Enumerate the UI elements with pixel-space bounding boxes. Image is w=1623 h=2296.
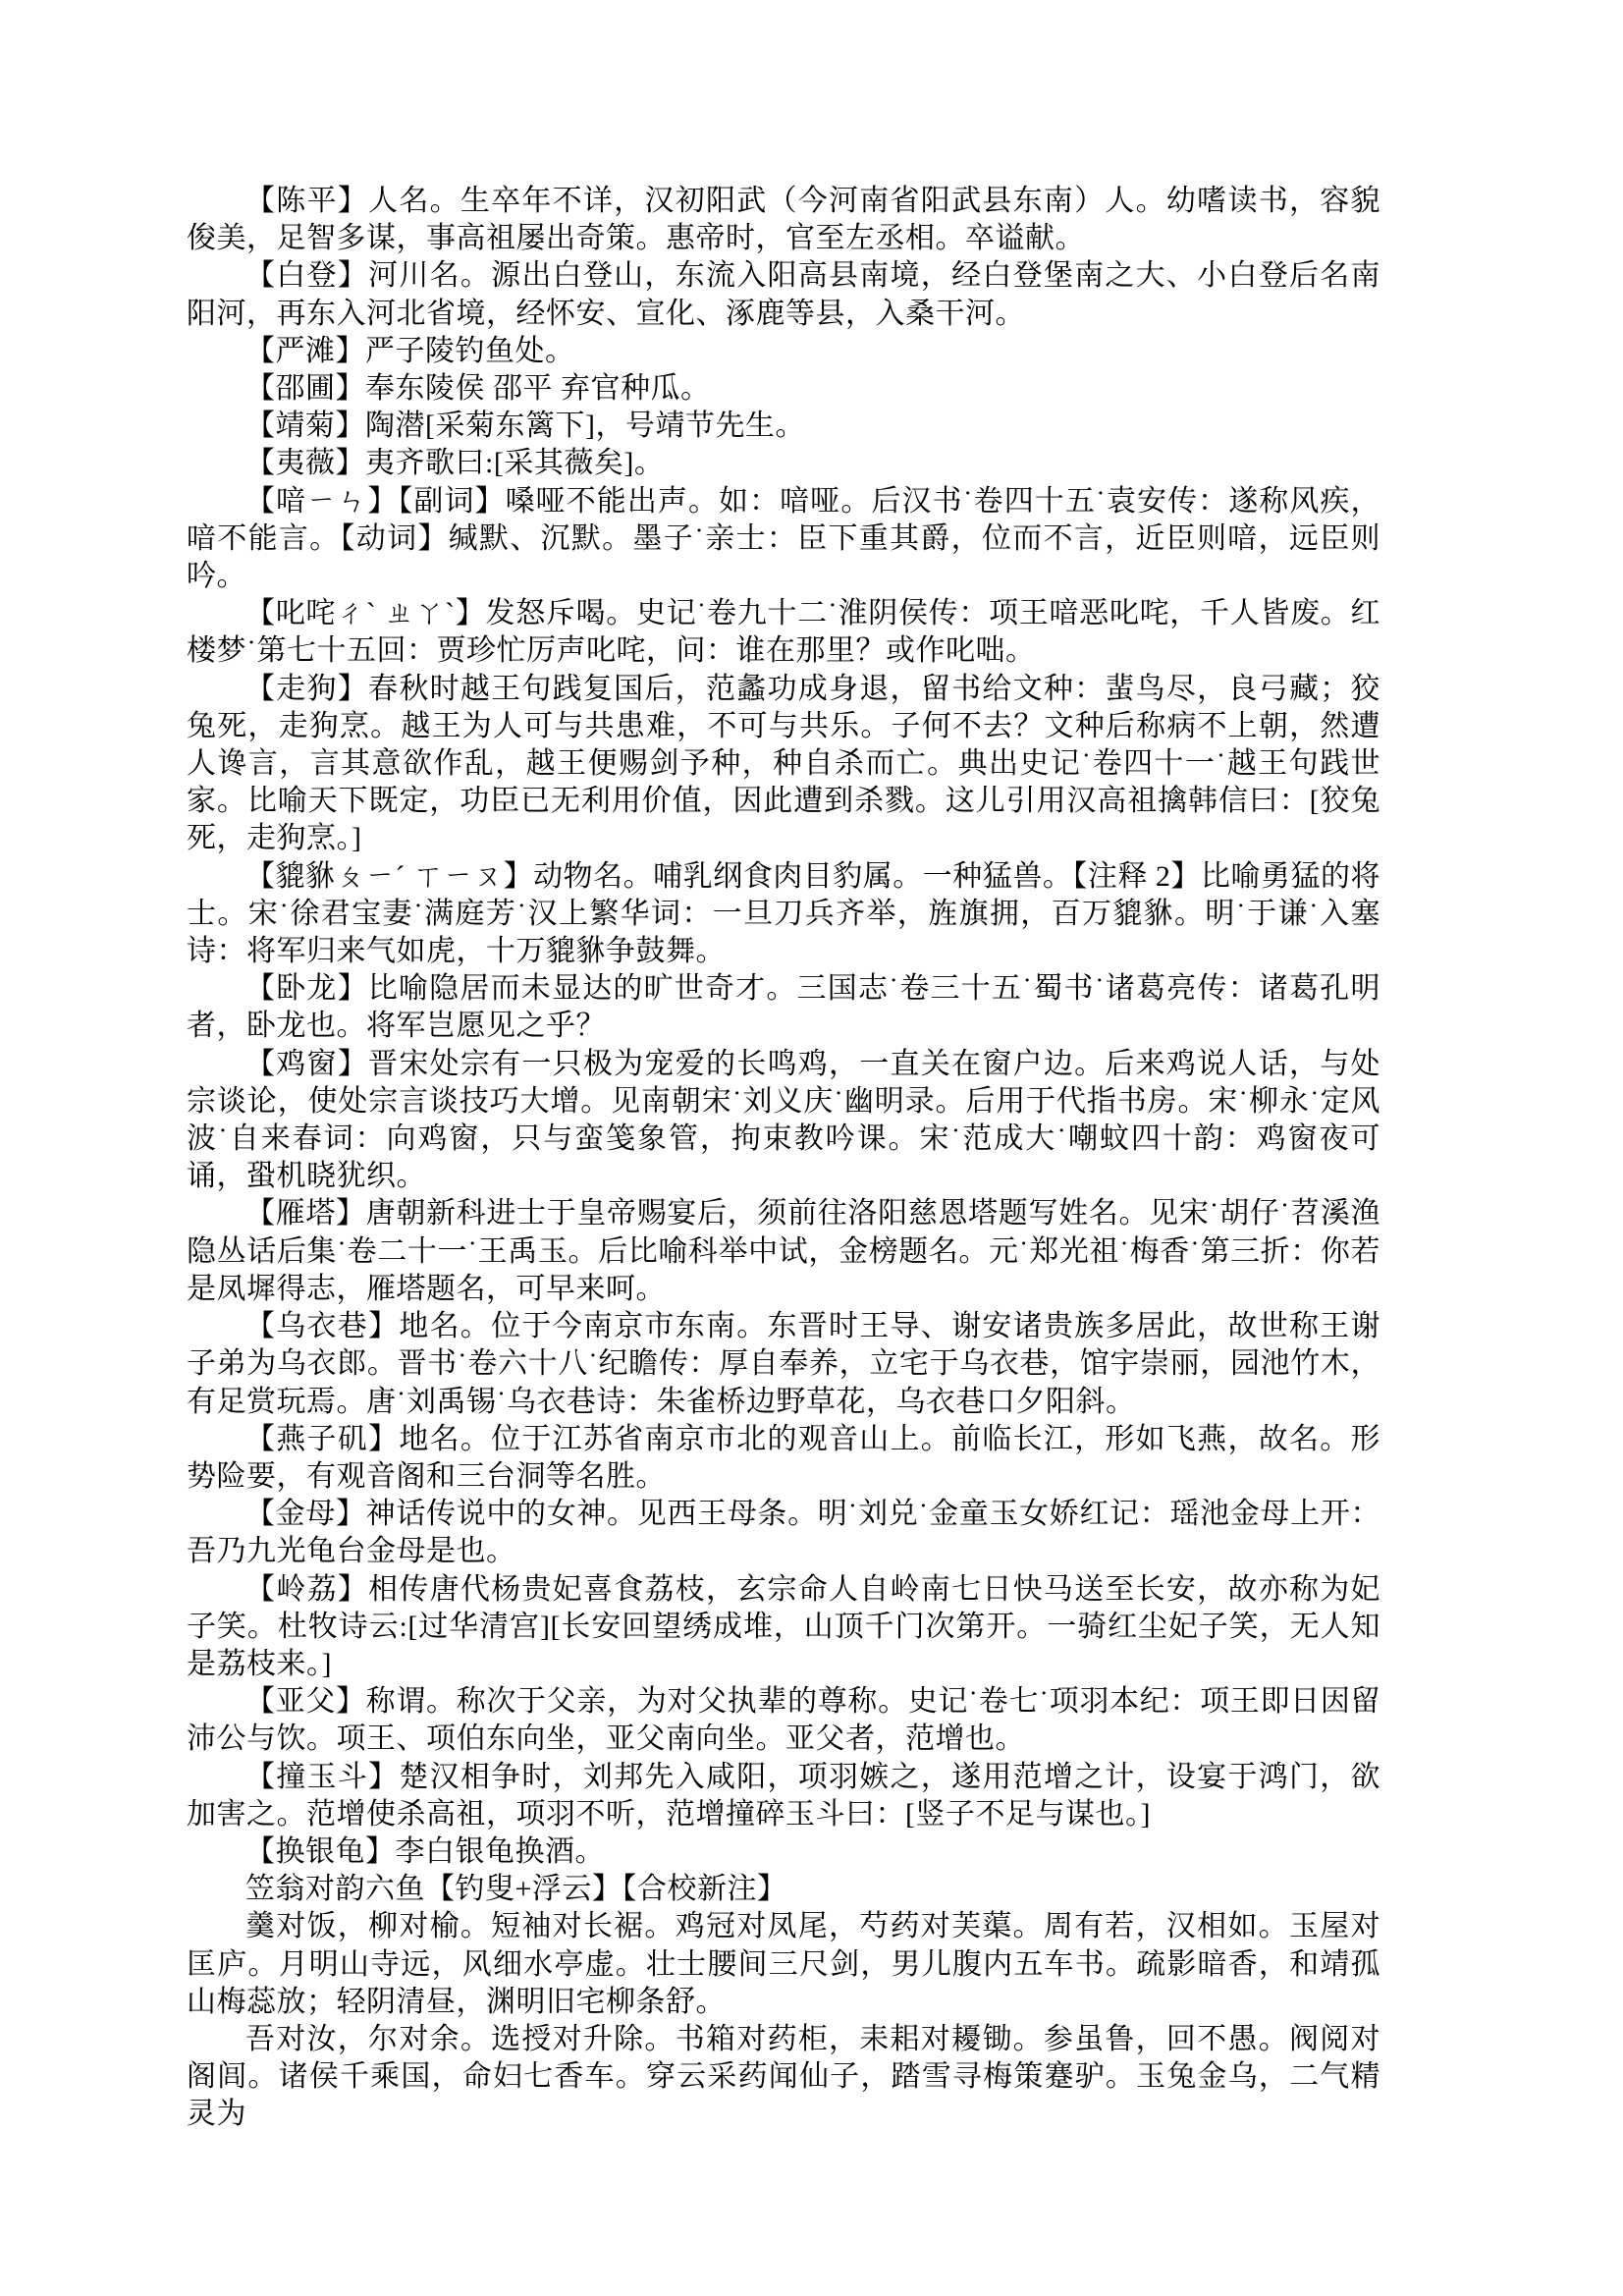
entry-zou-gou: 【走狗】春秋时越王句践复国后，范蠡功成身退，留书给文种：蜚鸟尽，良弓藏；狡兔死，…: [187, 671, 1380, 858]
verse-wu-dui-ru: 吾对汝，尔对余。选授对升除。书箱对药柜，耒耜对耰锄。参虽鲁，回不愚。阀阅对阁闾。…: [187, 2021, 1380, 2134]
entry-pi-xiu: 【貔貅ㄆㄧˊ ㄒㄧㄡ】动物名。哺乳纲食肉目豹属。一种猛兽。【注释 2】比喻勇猛的…: [187, 858, 1380, 971]
entry-ya-fu: 【亚父】称谓。称次于父亲，为对父执辈的尊称。史记˙卷七˙项羽本纪：项王即日因留沛…: [187, 1683, 1380, 1758]
document-page: 【陈平】人名。生卒年不详，汉初阳武（今河南省阳武县东南）人。幼嗜读书，容貌俊美，…: [0, 0, 1623, 2296]
entry-jin-mu: 【金母】神话传说中的女神。见西王母条。明˙刘兑˙金童玉女娇红记：瑶池金母上开：吾…: [187, 1496, 1380, 1570]
entry-bai-deng: 【白登】河川名。源出白登山，东流入阳高县南境，经白登堡南之大、小白登后名南阳河，…: [187, 257, 1380, 332]
entry-yi-wei: 【夷薇】夷齐歌曰:[采其薇矣]。: [187, 445, 1380, 482]
entry-yan-ta: 【雁塔】唐朝新科进士于皇帝赐宴后，须前往洛阳慈恩塔题写姓名。见宋˙胡仔˙苕溪渔隐…: [187, 1195, 1380, 1308]
document-body: 【陈平】人名。生卒年不详，汉初阳武（今河南省阳武县东南）人。幼嗜读书，容貌俊美，…: [187, 183, 1380, 2134]
entry-chi-zha: 【叱咤ㄔˋ ㄓㄚˋ】发怒斥喝。史记˙卷九十二˙淮阴侯传：项王喑恶叱咤，千人皆废。…: [187, 595, 1380, 670]
entry-yin: 【喑ㄧㄣ】【副词】嗓哑不能出声。如：喑哑。后汉书˙卷四十五˙袁安传：遂称风疾，喑…: [187, 483, 1380, 596]
entry-shao-pu: 【邵圃】奉东陵侯 邵平 弃官种瓜。: [187, 370, 1380, 408]
entry-ji-chuang: 【鸡窗】晋宋处宗有一只极为宠爱的长鸣鸡，一直关在窗户边。后来鸡说人话，与处宗谈论…: [187, 1046, 1380, 1196]
entry-jing-ju: 【靖菊】陶潜[采菊东篱下]，号靖节先生。: [187, 408, 1380, 445]
entry-zhuang-yu-dou: 【撞玉斗】楚汉相争时，刘邦先入咸阳，项羽嫉之，遂用范增之计，设宴于鸿门，欲加害之…: [187, 1759, 1380, 1833]
entry-yan-tan: 【严滩】严子陵钓鱼处。: [187, 333, 1380, 370]
entry-huan-yin-gui: 【换银龟】李白银龟换酒。: [187, 1833, 1380, 1871]
section-heading-liweng-duiyun-liuyu: 笠翁对韵六鱼【钓叟+浮云】【合校新注】: [187, 1871, 1380, 1908]
verse-geng-dui-fan: 羹对饭，柳对榆。短袖对长裾。鸡冠对凤尾，芍药对芙蕖。周有若，汉相如。玉屋对匡庐。…: [187, 1908, 1380, 2021]
entry-wu-yi-xiang: 【乌衣巷】地名。位于今南京市东南。东晋时王导、谢安诸贵族多居此，故世称王谢子弟为…: [187, 1308, 1380, 1421]
entry-wo-long: 【卧龙】比喻隐居而未显达的旷世奇才。三国志˙卷三十五˙蜀书˙诸葛亮传：诸葛孔明者…: [187, 970, 1380, 1045]
entry-ling-li: 【岭荔】相传唐代杨贵妃喜食荔枝，玄宗命人自岭南七日快马送至长安，故亦称为妃子笑。…: [187, 1571, 1380, 1684]
entry-yan-zi-ji: 【燕子矶】地名。位于江苏省南京市北的观音山上。前临长江，形如飞燕，故名。形势险要…: [187, 1421, 1380, 1496]
entry-chen-ping: 【陈平】人名。生卒年不详，汉初阳武（今河南省阳武县东南）人。幼嗜读书，容貌俊美，…: [187, 183, 1380, 257]
